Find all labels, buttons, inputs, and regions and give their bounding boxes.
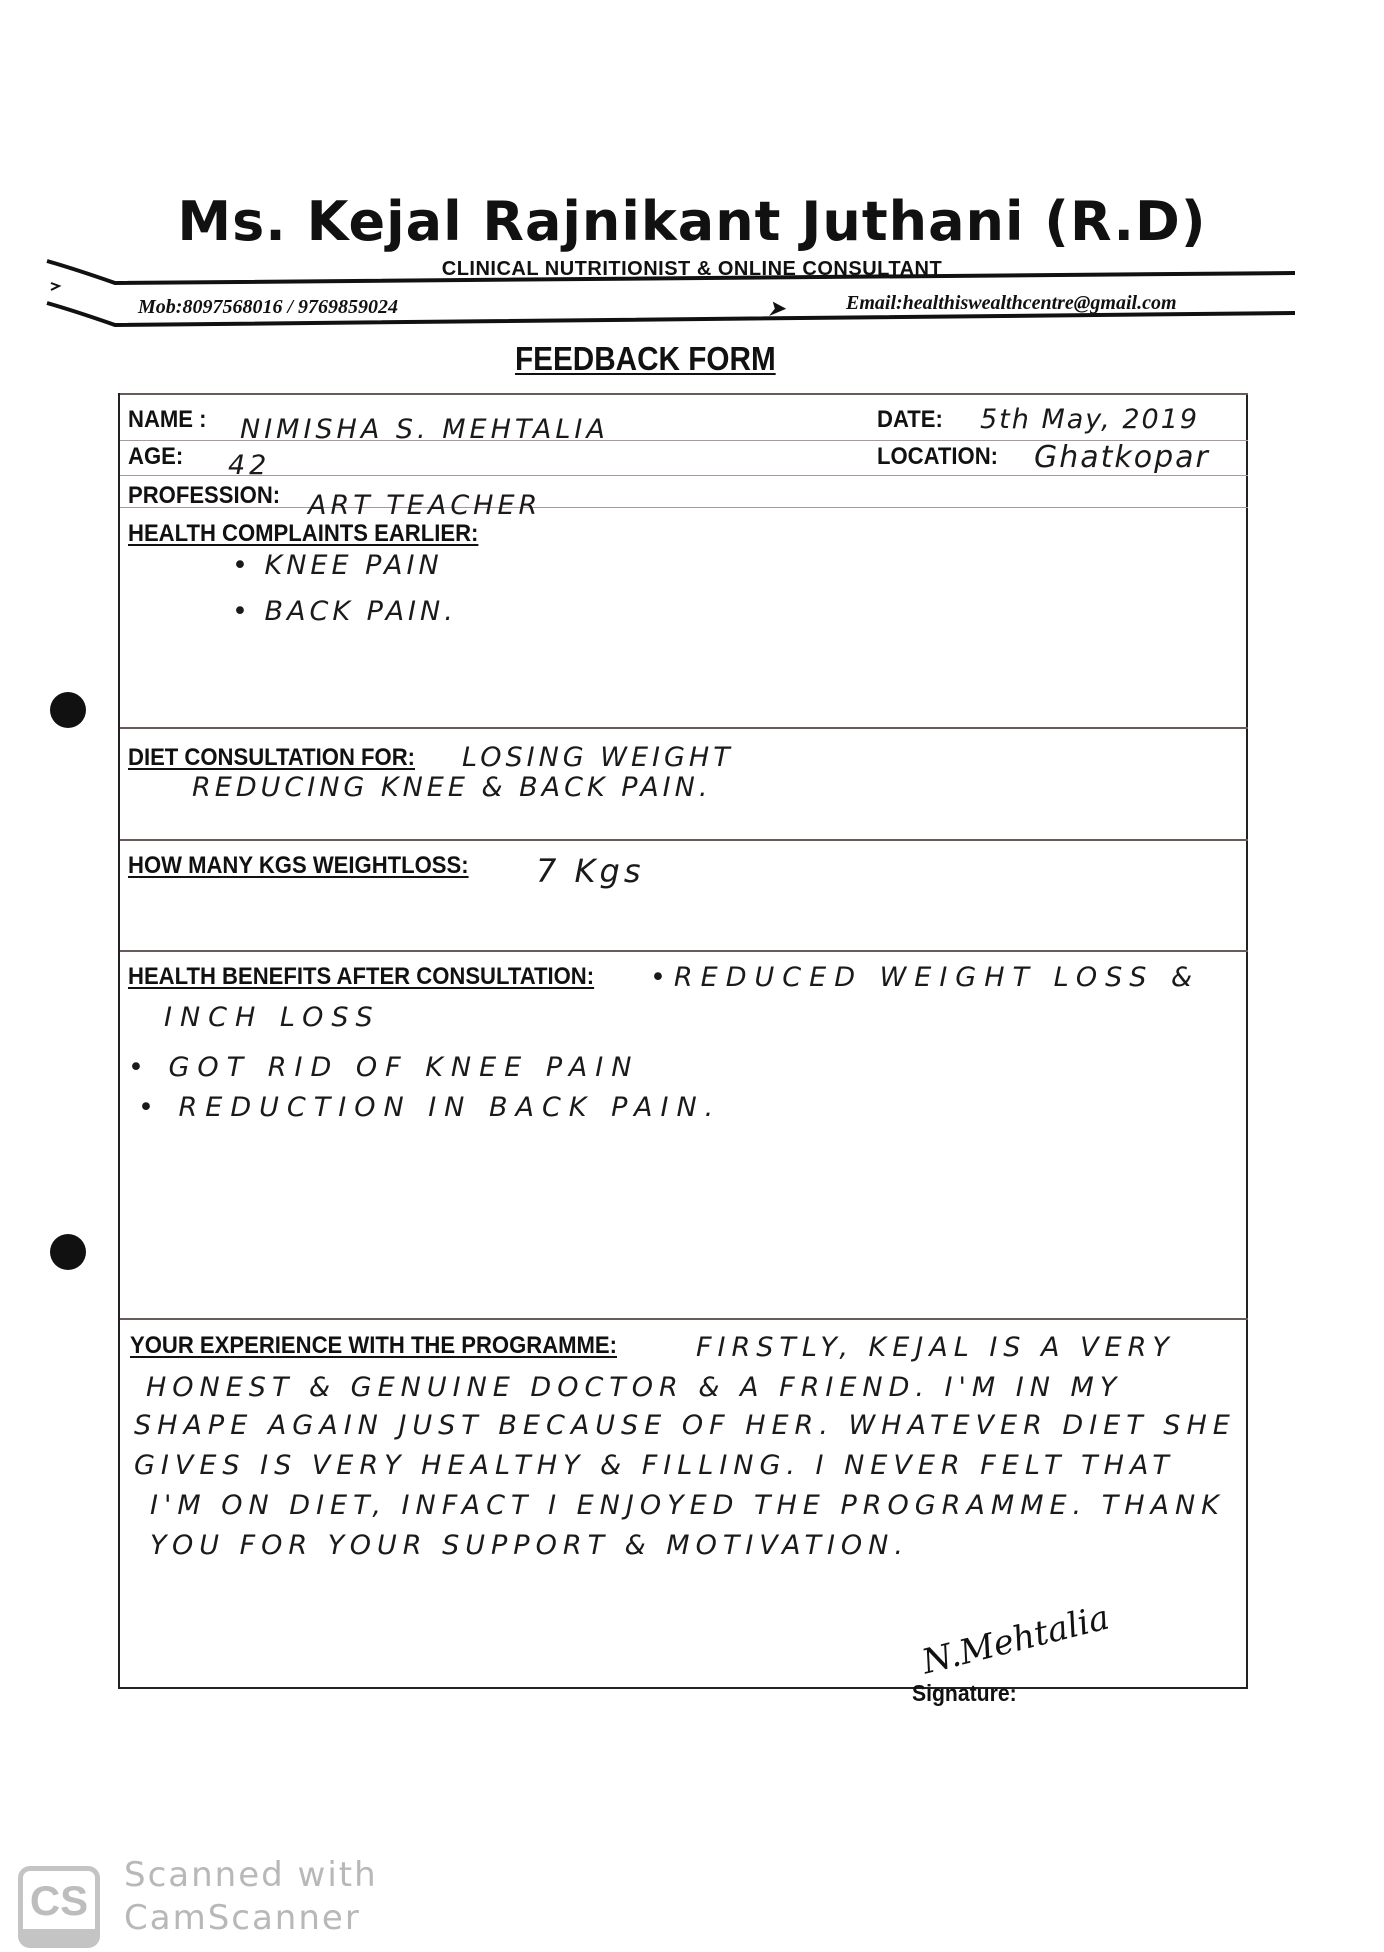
benefits-label: HEALTH BENEFITS AFTER CONSULTATION: <box>128 963 594 991</box>
watermark-line1: Scanned with <box>124 1855 378 1895</box>
complaint-item: • Knee Pain <box>232 550 443 581</box>
benefit-line: • Reduction in Back Pain. <box>138 1092 721 1123</box>
name-value: Nimisha S. Mehtalia <box>240 414 609 445</box>
weightloss-label: HOW MANY KGS WEIGHTLOSS: <box>128 852 469 880</box>
signature-label: Signature: <box>912 1680 1017 1707</box>
benefit-line: • Got Rid of Knee Pain <box>128 1052 639 1083</box>
experience-line: I'm on diet, infact I enjoyed the progra… <box>150 1490 1225 1521</box>
divider <box>120 839 1248 841</box>
divider <box>120 727 1248 729</box>
age-value: 42 <box>228 450 270 481</box>
camscanner-logo-icon: CS <box>18 1866 100 1948</box>
diet-line: Reducing Knee & Back Pain. <box>192 772 711 803</box>
form-heading: FEEDBACK FORM <box>515 340 776 378</box>
mobile-number: Mob:8097568016 / 9769859024 <box>138 296 398 319</box>
watermark-line2: CamScanner <box>124 1898 361 1938</box>
divider <box>120 507 1248 508</box>
punch-hole <box>50 692 86 728</box>
age-label: AGE: <box>128 443 183 471</box>
divider <box>120 950 1248 952</box>
email-address: Email:healthiswealthcentre@gmail.com <box>846 292 1177 315</box>
date-value: 5th May, 2019 <box>980 404 1199 435</box>
location-value: Ghatkopar <box>1034 440 1210 475</box>
date-label: DATE: <box>877 406 943 434</box>
diet-line: Losing Weight <box>462 742 734 773</box>
experience-line: Firstly, Kejal is a very <box>696 1332 1175 1363</box>
name-label: NAME : <box>128 406 207 434</box>
experience-line: Honest & Genuine Doctor & a Friend. I'm … <box>146 1372 1122 1403</box>
complaints-label: HEALTH COMPLAINTS EARLIER: <box>128 520 478 548</box>
experience-line: You for your support & motivation. <box>150 1530 909 1561</box>
experience-line: Shape again just because of her. Whateve… <box>134 1410 1236 1441</box>
punch-hole <box>50 1234 86 1270</box>
complaint-item: • Back Pain. <box>232 596 457 627</box>
location-label: LOCATION: <box>877 443 998 471</box>
arrow-icon: ➤ <box>768 296 785 321</box>
weightloss-value: 7 Kgs <box>536 852 645 890</box>
divider <box>120 393 1248 395</box>
diet-label: DIET CONSULTATION FOR: <box>128 744 415 772</box>
profession-value: Art Teacher <box>308 490 541 521</box>
profession-label: PROFESSION: <box>128 482 280 510</box>
divider <box>120 1318 1248 1320</box>
benefit-line: •Reduced Weight Loss & <box>650 962 1200 993</box>
experience-line: Gives is very healthy & filling. I never… <box>134 1450 1175 1481</box>
benefit-line: Inch Loss <box>164 1002 381 1033</box>
experience-label: YOUR EXPERIENCE WITH THE PROGRAMME: <box>130 1332 617 1360</box>
letterhead-title: Ms. Kejal Rajnikant Juthani (R.D) <box>0 190 1384 253</box>
divider <box>120 475 1248 476</box>
